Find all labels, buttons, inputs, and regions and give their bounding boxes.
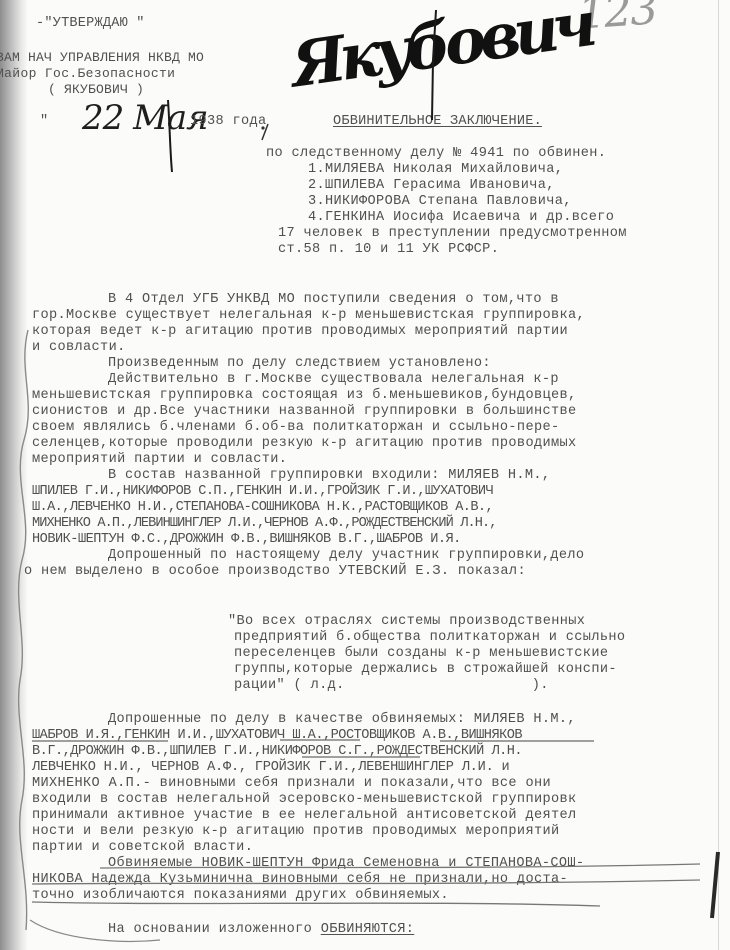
scan-edge-shadow	[0, 0, 28, 950]
case-number-line: по следственному делу № 4941 по обвинен.	[266, 146, 606, 162]
body-line: В.Г.,ДРОЖЖИН Ф.В.,ШПИЛЕВ Г.И.,НИКИФОРОВ …	[32, 744, 522, 760]
body-line: принимали активное участие в ее нелегаль…	[32, 808, 576, 824]
date-quote: "	[40, 114, 49, 130]
document-page: 123 -"УТВЕРЖДАЮ " ЗАМ НАЧ УПРАВЛЕНИЯ НКВ…	[0, 0, 730, 950]
body-line: Ш.А.,ЛЕВЧЕНКО Н.И.,СТЕПАНОВА-СОШНИКОВА Н…	[32, 500, 493, 516]
quote-line: группы,которые держались в строжайшей ко…	[234, 662, 617, 678]
page-edge	[718, 0, 719, 950]
accused-item: 2.ШПИЛЕВА Герасима Ивановича,	[308, 178, 555, 194]
body-line: ШПИЛЕВ Г.И.,НИКИФОРОВ С.П.,ГЕНКИН И.И.,Г…	[32, 484, 493, 500]
body-line: о нем выделено в особое производство УТЕ…	[24, 564, 526, 580]
signature: Якубович	[286, 0, 595, 102]
case-total-line: 17 человек в преступлении предусмотренно…	[278, 226, 627, 242]
conclusion-line: На основании изложенного ОБВИНЯЮТСЯ:	[108, 922, 414, 938]
approval-position: ЗАМ НАЧ УПРАВЛЕНИЯ НКВД МО	[0, 50, 204, 66]
approval-rank: Майор Гос.Безопасности	[0, 66, 175, 82]
date-year: 1938 года	[190, 114, 267, 130]
body-line: точно изобличаются показаниями других об…	[32, 888, 449, 904]
body-line: мероприятий партии и совласти.	[32, 452, 287, 468]
document-title: ОБВИНИТЕЛЬНОЕ ЗАКЛЮЧЕНИЕ.	[333, 114, 542, 130]
accused-item: 4.ГЕНКИНА Иосифа Исаевича и др.всего	[308, 210, 614, 226]
conclusion-heading: ОБВИНЯЮТСЯ:	[321, 922, 415, 937]
conclusion-prefix: На основании изложенного	[108, 922, 321, 937]
quote-line: "Во всех отраслях системы производственн…	[228, 614, 585, 630]
quote-line: предприятий б.общества политкаторжан и с…	[234, 630, 625, 646]
body-line: Допрошенные по делу в качестве обвиняемы…	[108, 712, 576, 728]
accused-item: 3.НИКИФОРОВА Степана Павловича,	[308, 194, 572, 210]
case-article-line: ст.58 п. 10 и 11 УК РСФСР.	[278, 242, 499, 258]
body-line: МИХНЕНКО А.П.,ЛЕВИНШИНГЛЕР Л.И.,ЧЕРНОВ А…	[32, 516, 497, 532]
body-line: и совласти.	[32, 340, 126, 356]
body-line: Произведенным по делу следствием установ…	[108, 356, 491, 372]
accused-item: 1.МИЛЯЕВА Николая Михайловича,	[308, 162, 563, 178]
body-line: которая ведет к-р агитацию против провод…	[32, 324, 568, 340]
body-line: гор.Москве существует нелегальная к-р ме…	[32, 308, 585, 324]
date-handwritten: 22 Мая	[82, 98, 208, 138]
body-line: партии и советской власти.	[32, 840, 253, 856]
body-line: ЛЕВЧЕНКО Н.И., ЧЕРНОВ А.Ф., ГРОЙЗИК Г.И.…	[32, 760, 509, 776]
body-line: ШАБРОВ И.Я.,ГЕНКИН И.И.,ШУХАТОВИЧ Ш.А.,Р…	[32, 728, 522, 744]
body-line: В состав названной группировки входили: …	[108, 468, 550, 484]
body-line: Обвиняемые НОВИК-ШЕПТУН Фрида Семеновна …	[108, 856, 584, 872]
body-line: своем являлись б.членами б.об-ва политка…	[32, 420, 559, 436]
quote-line: переселенцев были созданы к-р меньшевист…	[234, 646, 608, 662]
body-line: МИХНЕНКО А.П.- виновными себя признали и…	[32, 776, 551, 792]
body-line: ности и вели резкую к-р агитацию против …	[32, 824, 559, 840]
body-line: НИКОВА Надежда Кузьминична виновными себ…	[32, 872, 568, 888]
approval-name: ( ЯКУБОВИЧ )	[48, 82, 144, 98]
body-line: меньшевистская группировка состоящая из …	[32, 388, 576, 404]
body-line: Допрошенный по настоящему делу участник …	[108, 548, 584, 564]
body-line: НОВИК-ШЕПТУН Ф.С.,ДРОЖЖИН Ф.В.,ВИШНЯКОВ …	[32, 532, 461, 548]
body-line: сионистов и др.Все участники названной г…	[32, 404, 576, 420]
body-line: входили в состав нелегальной эсеровско-м…	[32, 792, 576, 808]
body-line: селенцев,которые проводили резкую к-р аг…	[32, 436, 576, 452]
body-line: Действительно в г.Москве существовала не…	[108, 372, 559, 388]
quote-line: рации" ( л.д. ).	[234, 678, 549, 694]
approval-heading: -"УТВЕРЖДАЮ "	[36, 16, 145, 32]
body-line: В 4 Отдел УГБ УНКВД МО поступили сведени…	[108, 292, 559, 308]
